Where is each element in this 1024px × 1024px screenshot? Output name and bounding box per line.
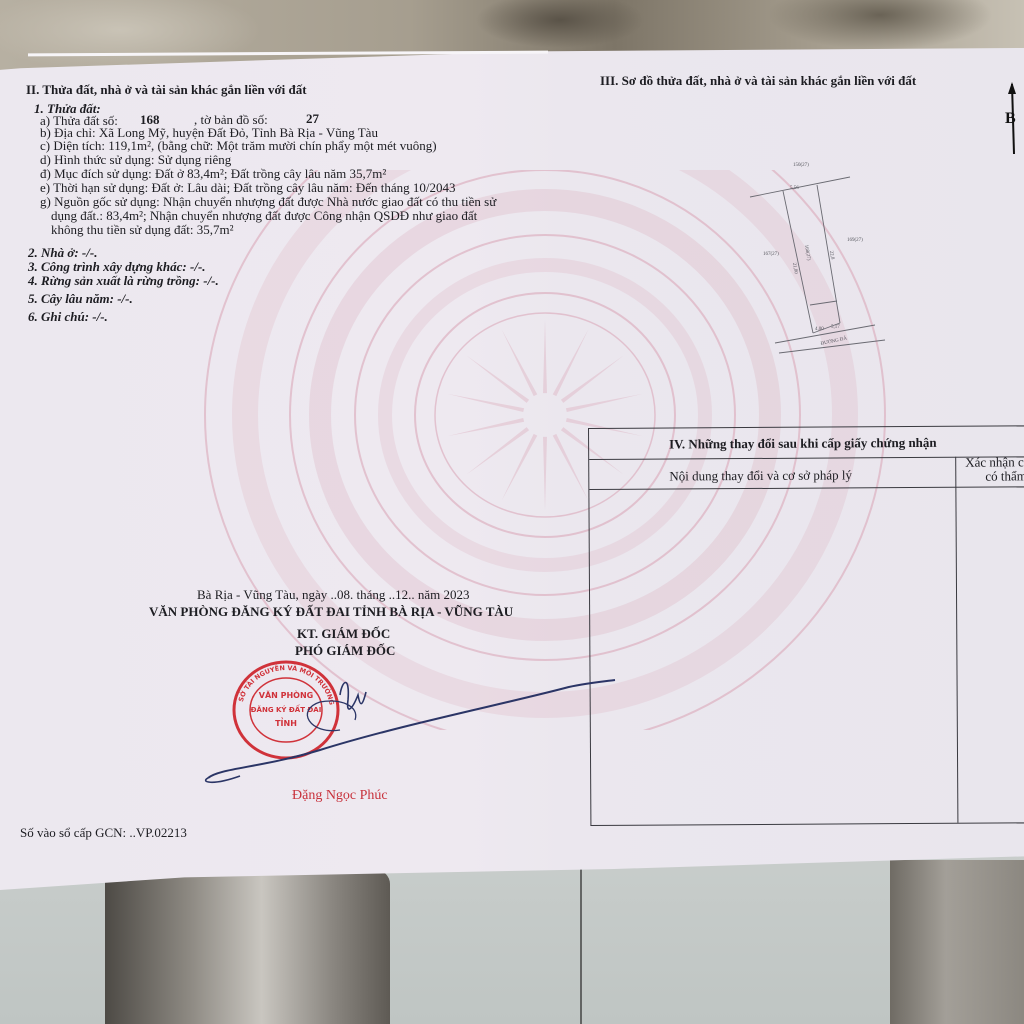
use-purpose-line: đ) Mục đích sử dụng: Đất ở 83,4m²; Đất t… [40, 166, 386, 181]
svg-text:169(27): 169(27) [847, 238, 863, 243]
issuing-office: VĂN PHÒNG ĐĂNG KÝ ĐẤT ĐAI TỈNH BÀ RỊA - … [149, 604, 513, 619]
north-arrow-icon: B [1000, 80, 1024, 160]
other-construction-item: 3. Công trình xây dựng khác: -/-. [28, 259, 206, 274]
col-confirmation-line2: có thẩm [985, 468, 1024, 483]
section-2-title: II. Thửa đất, nhà ở và tài sản khác gắn … [26, 82, 307, 97]
changes-table-header-row: Nội dung thay đổi và cơ sở pháp lý Xác n… [589, 456, 1024, 490]
svg-text:167(27): 167(27) [763, 252, 779, 257]
svg-text:ĐĂNG KÝ ĐẤT ĐAI: ĐĂNG KÝ ĐẤT ĐAI [251, 704, 322, 714]
use-form-line: d) Hình thức sử dụng: Sử dụng riêng [40, 152, 231, 167]
origin-line-1: g) Nguồn gốc sử dụng: Nhận chuyển nhượng… [40, 194, 496, 209]
svg-text:5,17: 5,17 [831, 325, 840, 330]
person-leg-right [890, 860, 1024, 1024]
place-date: Bà Rịa - Vũng Tàu, ngày ..08. tháng ..12… [197, 587, 470, 602]
svg-text:150(27): 150(27) [793, 163, 809, 168]
perennial-trees-item: 5. Cây lâu năm: -/-. [28, 291, 133, 306]
use-term-line: e) Thời hạn sử dụng: Đất ở: Lâu dài; Đất… [40, 180, 456, 195]
origin-line-2: dụng đất.: 83,4m²; Nhận chuyển nhượng đấ… [51, 208, 477, 223]
official-seal-stamp: SỞ TÀI NGUYÊN VÀ MÔI TRƯỜNG VĂN PHÒNG ĐĂ… [230, 658, 342, 762]
notes-item: 6. Ghi chú: -/-. [28, 309, 108, 324]
section-3-title: III. Sơ đồ thửa đất, nhà ở và tài sản kh… [600, 73, 916, 88]
table-column-divider [955, 457, 958, 823]
changes-table: IV. Những thay đổi sau khi cấp giấy chứn… [588, 425, 1024, 826]
svg-text:168(27): 168(27) [803, 244, 811, 261]
person-leg-left [105, 870, 390, 1024]
svg-text:VĂN PHÒNG: VĂN PHÒNG [259, 689, 313, 700]
area-line: c) Diện tích: 119,1m², (bằng chữ: Một tr… [40, 138, 437, 153]
plot-diagram: 150(27) 5,56 167(27) 169(27) 168(27) 21,… [735, 155, 905, 355]
changes-table-title-row: IV. Những thay đổi sau khi cấp giấy chứn… [589, 426, 1024, 460]
map-sheet-number: 27 [306, 111, 319, 126]
registry-number: Số vào sổ cấp GCN: ..VP.02213 [20, 825, 187, 840]
north-label: B [1005, 110, 1016, 128]
section-4-title: IV. Những thay đổi sau khi cấp giấy chứn… [669, 435, 937, 452]
svg-text:5,56: 5,56 [790, 186, 799, 191]
svg-text:TỈNH: TỈNH [275, 717, 297, 728]
signer-position: PHÓ GIÁM ĐỐC [295, 643, 395, 658]
floor-tile-seam [580, 860, 582, 1024]
production-forest-item: 4. Rừng sản xuất là rừng trồng: -/-. [28, 273, 219, 288]
house-item: 2. Nhà ở: -/-. [28, 245, 97, 260]
svg-text:21,80: 21,80 [791, 262, 798, 274]
origin-line-3: không thu tiền sử dụng đất: 35,7m² [51, 222, 233, 237]
col-change-content: Nội dung thay đổi và cơ sở pháp lý [669, 467, 852, 483]
svg-text:4,00: 4,00 [815, 327, 824, 332]
signer-name: Đặng Ngọc Phúc [292, 788, 388, 803]
on-behalf-title: KT. GIÁM ĐỐC [297, 626, 390, 641]
